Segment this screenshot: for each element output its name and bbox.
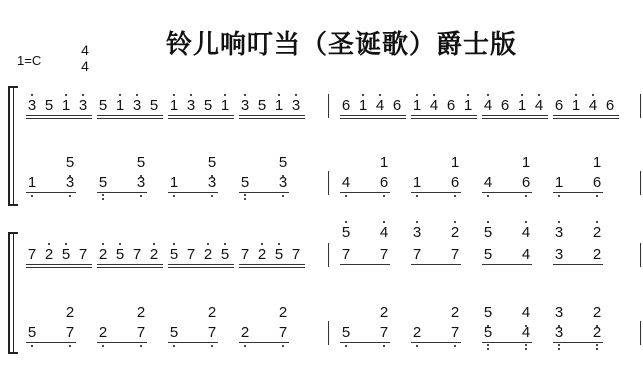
chord-note: 2	[449, 305, 461, 321]
treble-note: 4	[533, 98, 545, 114]
bass-note: 7	[449, 325, 461, 341]
barline	[328, 171, 329, 195]
treble-note: 7	[131, 247, 143, 263]
bass-note: 2	[239, 325, 251, 341]
bass-note: 5	[97, 175, 109, 191]
treble-note: 1	[462, 98, 474, 114]
treble-note: 4	[520, 247, 532, 263]
treble-note: 4	[428, 98, 440, 114]
chord-note: 3	[553, 305, 565, 321]
bass-note: 1	[553, 175, 565, 191]
beam-line	[411, 342, 461, 343]
bass-note: 6	[449, 175, 461, 191]
bass-note: 2	[591, 325, 603, 341]
treble-note: 5	[97, 98, 109, 114]
chord-note: 1	[449, 155, 461, 171]
bass-note: 2	[411, 325, 423, 341]
treble-note: 5	[168, 247, 180, 263]
chord-note: 2	[449, 225, 461, 241]
treble-note: 1	[219, 98, 231, 114]
bass-note: 4	[482, 175, 494, 191]
treble-note: 5	[43, 98, 55, 114]
treble-note: 4	[482, 98, 494, 114]
bass-note: 5	[239, 175, 251, 191]
beam-line	[168, 118, 234, 119]
beam-line	[239, 264, 305, 265]
treble-note: 5	[148, 98, 160, 114]
time-signature: 4 4	[78, 42, 92, 74]
beam-line	[168, 115, 234, 116]
bass-note: 4	[520, 325, 532, 341]
chord-note: 5	[206, 155, 218, 171]
bass-note: 7	[206, 325, 218, 341]
treble-note: 6	[553, 98, 565, 114]
bass-note: 3	[64, 175, 76, 191]
beam-line	[482, 342, 532, 343]
bass-note: 6	[591, 175, 603, 191]
beam-line	[411, 192, 461, 193]
treble-note: 5	[202, 98, 214, 114]
treble-note: 1	[357, 98, 369, 114]
treble-note: 7	[340, 247, 352, 263]
beam-line	[239, 267, 305, 268]
treble-note: 7	[26, 247, 38, 263]
treble-note: 3	[131, 98, 143, 114]
treble-note: 2	[148, 247, 160, 263]
bass-note: 5	[26, 325, 38, 341]
treble-note: 1	[114, 98, 126, 114]
bass-note: 5	[340, 325, 352, 341]
treble-note: 7	[185, 247, 197, 263]
treble-note: 6	[391, 98, 403, 114]
treble-note: 5	[482, 247, 494, 263]
treble-note: 6	[499, 98, 511, 114]
beam-line	[239, 342, 289, 343]
treble-note: 1	[168, 98, 180, 114]
beam-line	[26, 342, 76, 343]
treble-note: 5	[273, 247, 285, 263]
beam-line	[239, 118, 305, 119]
treble-note: 5	[114, 247, 126, 263]
chord-note: 5	[135, 155, 147, 171]
chord-note: 5	[64, 155, 76, 171]
treble-note: 3	[553, 247, 565, 263]
beam-line	[411, 264, 461, 265]
barline	[640, 243, 641, 267]
chord-note: 4	[520, 225, 532, 241]
beam-line	[482, 264, 532, 265]
treble-note: 6	[445, 98, 457, 114]
bass-note: 7	[378, 325, 390, 341]
beam-line	[553, 342, 603, 343]
chord-note: 4	[378, 225, 390, 241]
treble-note: 2	[43, 247, 55, 263]
beam-line	[482, 192, 532, 193]
treble-note: 2	[202, 247, 214, 263]
key-signature: 1=C	[17, 53, 41, 68]
beam-line	[26, 267, 92, 268]
song-title: 铃儿响叮当（圣诞歌）爵士版	[0, 24, 643, 61]
barline	[328, 94, 329, 118]
bass-note: 1	[26, 175, 38, 191]
bass-note: 4	[340, 175, 352, 191]
beam-line	[97, 118, 163, 119]
system-2-brace	[8, 232, 18, 354]
beam-line	[340, 264, 390, 265]
beam-line	[97, 264, 163, 265]
treble-note: 1	[570, 98, 582, 114]
treble-note: 1	[60, 98, 72, 114]
barline	[640, 171, 641, 195]
bass-note: 6	[378, 175, 390, 191]
beam-line	[553, 115, 619, 116]
treble-note: 6	[604, 98, 616, 114]
beam-line	[553, 264, 603, 265]
beam-line	[239, 115, 305, 116]
bass-note: 3	[135, 175, 147, 191]
chord-note: 2	[591, 305, 603, 321]
chord-note: 2	[206, 305, 218, 321]
time-signature-bottom: 4	[78, 58, 92, 74]
beam-line	[340, 118, 406, 119]
chord-note: 2	[591, 225, 603, 241]
bass-note: 1	[411, 175, 423, 191]
bass-note: 5	[168, 325, 180, 341]
chord-note: 2	[135, 305, 147, 321]
beam-line	[482, 118, 548, 119]
bass-note: 3	[277, 175, 289, 191]
treble-note: 5	[219, 247, 231, 263]
treble-note: 7	[449, 247, 461, 263]
beam-line	[97, 342, 147, 343]
treble-note: 4	[374, 98, 386, 114]
beam-line	[26, 192, 76, 193]
chord-note: 5	[340, 225, 352, 241]
beam-line	[340, 342, 390, 343]
beam-line	[97, 115, 163, 116]
beam-line	[97, 192, 147, 193]
treble-note: 7	[411, 247, 423, 263]
treble-note: 2	[256, 247, 268, 263]
treble-note: 7	[239, 247, 251, 263]
barline	[328, 243, 329, 267]
bass-note: 3	[206, 175, 218, 191]
barline	[640, 321, 641, 345]
treble-note: 7	[378, 247, 390, 263]
treble-note: 2	[591, 247, 603, 263]
time-signature-top: 4	[78, 42, 92, 58]
beam-line	[553, 192, 603, 193]
bass-note: 7	[64, 325, 76, 341]
chord-note: 2	[277, 305, 289, 321]
barline	[328, 321, 329, 345]
beam-line	[553, 118, 619, 119]
treble-note: 3	[77, 98, 89, 114]
beam-line	[411, 115, 477, 116]
chord-note: 4	[520, 305, 532, 321]
bass-note: 5	[482, 325, 494, 341]
treble-note: 5	[60, 247, 72, 263]
bass-note: 2	[97, 325, 109, 341]
bass-note: 7	[277, 325, 289, 341]
treble-note: 3	[185, 98, 197, 114]
beam-line	[340, 192, 390, 193]
chord-note: 3	[553, 225, 565, 241]
beam-line	[168, 264, 234, 265]
beam-line	[411, 118, 477, 119]
treble-note: 1	[516, 98, 528, 114]
chord-note: 1	[591, 155, 603, 171]
chord-note: 2	[378, 305, 390, 321]
beam-line	[26, 115, 92, 116]
treble-note: 3	[239, 98, 251, 114]
beam-line	[26, 118, 92, 119]
treble-note: 4	[587, 98, 599, 114]
chord-note: 1	[520, 155, 532, 171]
chord-note: 5	[482, 225, 494, 241]
beam-line	[97, 267, 163, 268]
treble-note: 5	[256, 98, 268, 114]
beam-line	[168, 192, 218, 193]
bass-note: 7	[135, 325, 147, 341]
beam-line	[168, 267, 234, 268]
treble-note: 7	[290, 247, 302, 263]
beam-line	[26, 264, 92, 265]
beam-line	[482, 115, 548, 116]
system-1-brace	[8, 86, 18, 206]
bass-note: 3	[553, 325, 565, 341]
treble-note: 7	[77, 247, 89, 263]
treble-note: 3	[26, 98, 38, 114]
treble-note: 1	[411, 98, 423, 114]
beam-line	[168, 342, 218, 343]
barline	[640, 94, 641, 118]
treble-note: 3	[290, 98, 302, 114]
treble-note: 1	[273, 98, 285, 114]
bass-note: 1	[168, 175, 180, 191]
beam-line	[340, 115, 406, 116]
beam-line	[239, 192, 289, 193]
chord-note: 3	[411, 225, 423, 241]
chord-note: 5	[277, 155, 289, 171]
chord-note: 2	[64, 305, 76, 321]
treble-note: 2	[97, 247, 109, 263]
treble-note: 6	[340, 98, 352, 114]
chord-note: 5	[482, 305, 494, 321]
chord-note: 1	[378, 155, 390, 171]
bass-note: 6	[520, 175, 532, 191]
